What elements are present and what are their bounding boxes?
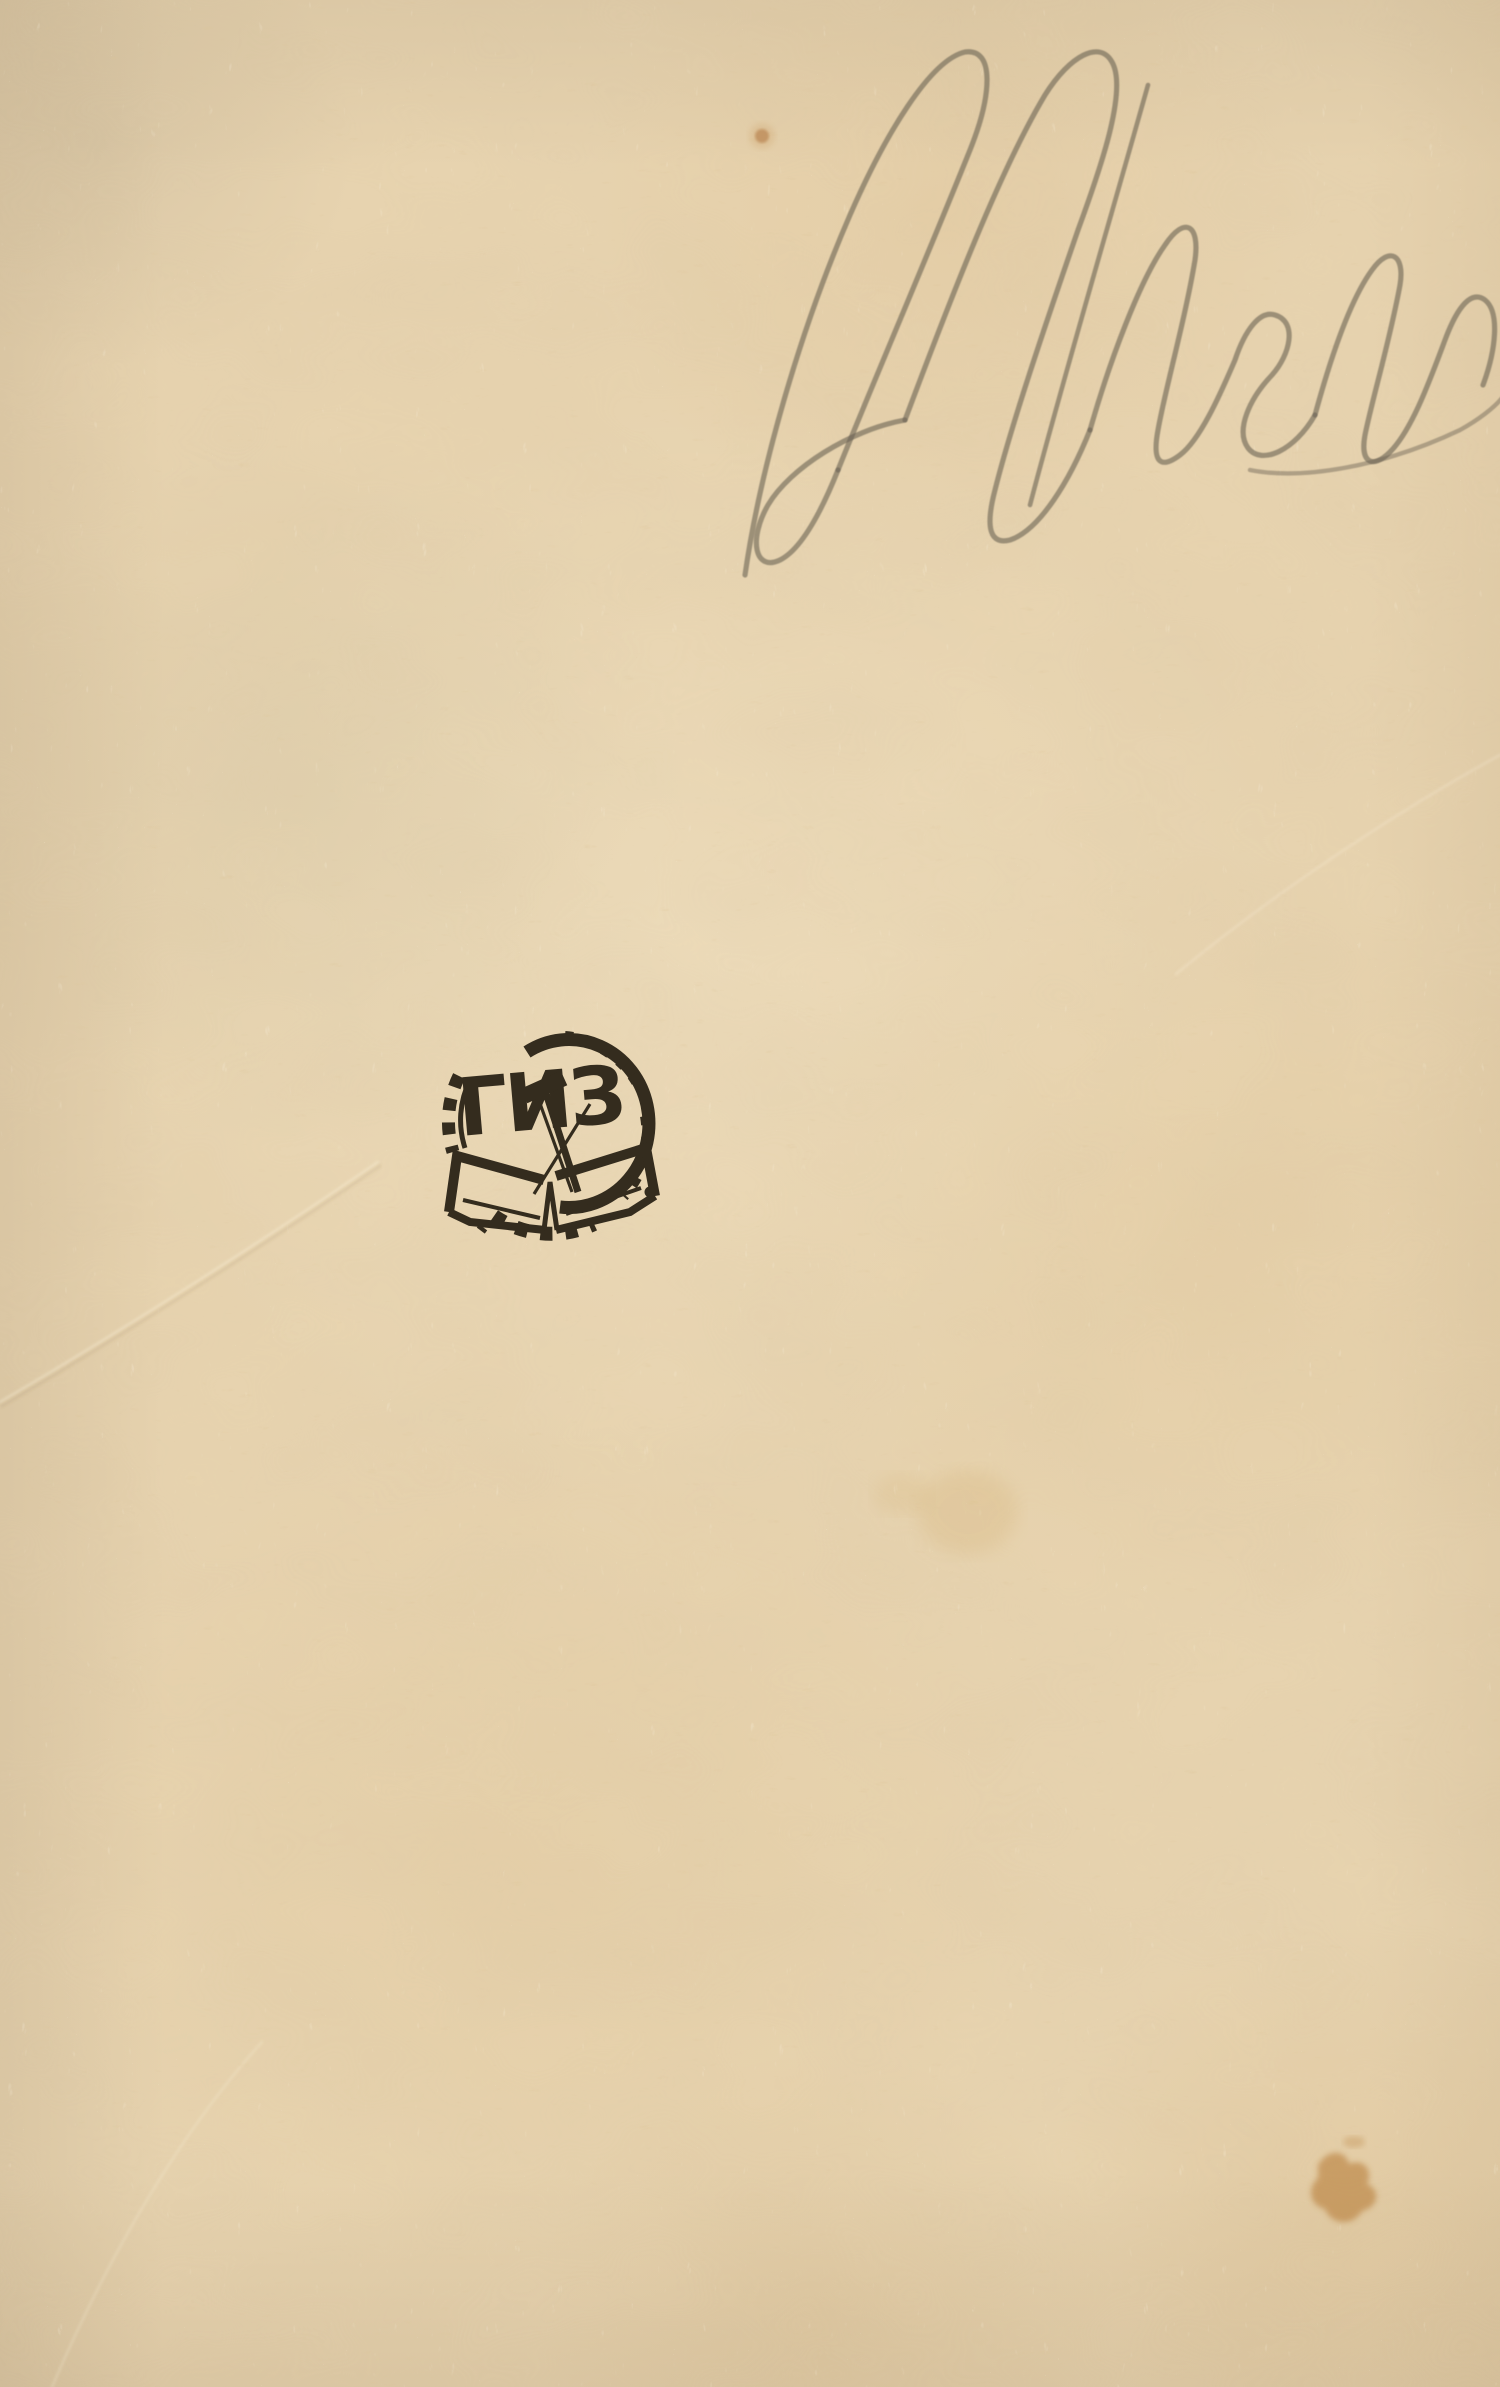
stamp-ink-dot (645, 1187, 656, 1198)
photo-detail-layer: ГИЗ (0, 0, 1500, 2387)
book-page-photo: ГИЗ (0, 0, 1500, 2387)
stain-bottom-right-wisp (1343, 2136, 1365, 2148)
stain-top-spot-halo (749, 123, 775, 149)
stain-middle-patch-2 (874, 1474, 930, 1514)
paper-fiber-flecks-light (0, 0, 1500, 2387)
stain-middle-patch (918, 1470, 1018, 1554)
